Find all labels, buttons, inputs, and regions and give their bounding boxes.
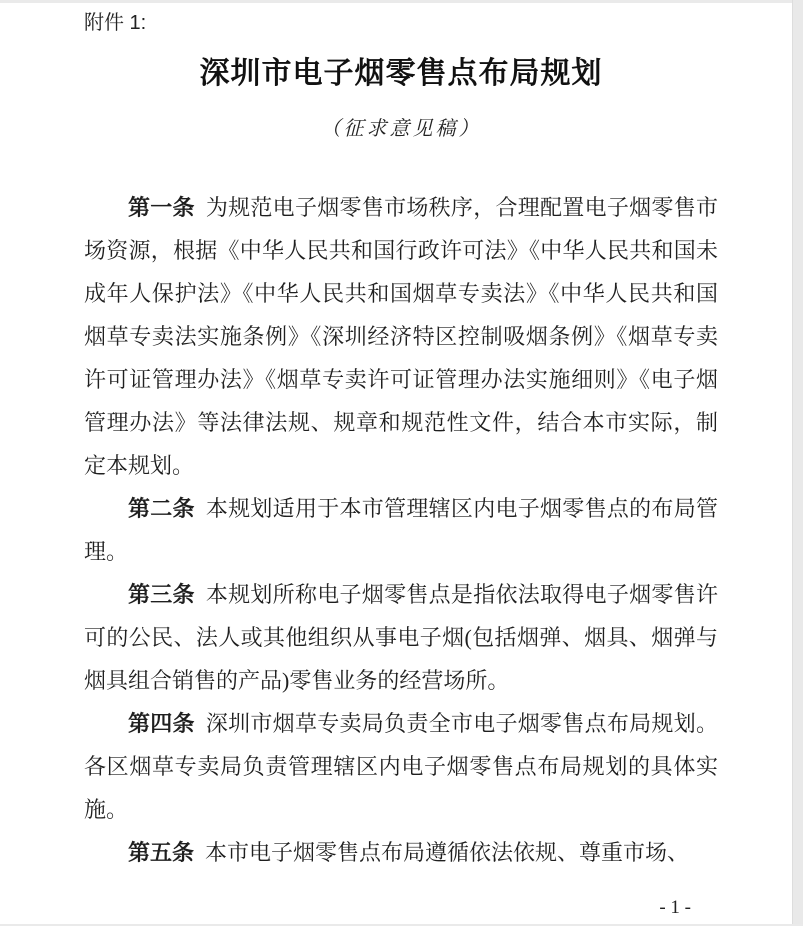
- paragraph-article-5: 第五条本市电子烟零售点布局遵循依法依规、尊重市场、: [84, 831, 718, 874]
- document-title: 深圳市电子烟零售点布局规划: [84, 56, 718, 92]
- page-edge-top: [0, 0, 803, 3]
- document-content: 附件 1: 深圳市电子烟零售点布局规划 （征求意见稿） 第一条为规范电子烟零售市…: [84, 10, 718, 874]
- page-edge-right: [792, 0, 803, 926]
- article-1-text: 为规范电子烟零售市场秩序，合理配置电子烟零售市场资源，根据《中华人民共和国行政许…: [84, 195, 718, 478]
- document-page: 附件 1: 深圳市电子烟零售点布局规划 （征求意见稿） 第一条为规范电子烟零售市…: [0, 0, 803, 926]
- article-4-number: 第四条: [128, 711, 195, 736]
- article-5-number: 第五条: [128, 840, 194, 865]
- page-number: - 1 -: [659, 896, 691, 920]
- article-2-number: 第二条: [128, 496, 195, 521]
- paragraph-article-1: 第一条为规范电子烟零售市场秩序，合理配置电子烟零售市场资源，根据《中华人民共和国…: [84, 186, 718, 487]
- paragraph-article-4: 第四条深圳市烟草专卖局负责全市电子烟零售点布局规划。各区烟草专卖局负责管理辖区内…: [84, 702, 718, 831]
- paragraph-article-2: 第二条本规划适用于本市管理辖区内电子烟零售点的布局管理。: [84, 487, 718, 573]
- article-5-text: 本市电子烟零售点布局遵循依法依规、尊重市场、: [205, 840, 689, 865]
- paragraph-article-3: 第三条本规划所称电子烟零售点是指依法取得电子烟零售许可的公民、法人或其他组织从事…: [84, 573, 718, 702]
- document-body: 第一条为规范电子烟零售市场秩序，合理配置电子烟零售市场资源，根据《中华人民共和国…: [84, 186, 718, 874]
- document-subtitle: （征求意见稿）: [84, 116, 718, 142]
- article-1-number: 第一条: [128, 195, 195, 220]
- attachment-label: 附件 1:: [84, 10, 718, 36]
- article-3-number: 第三条: [128, 582, 195, 607]
